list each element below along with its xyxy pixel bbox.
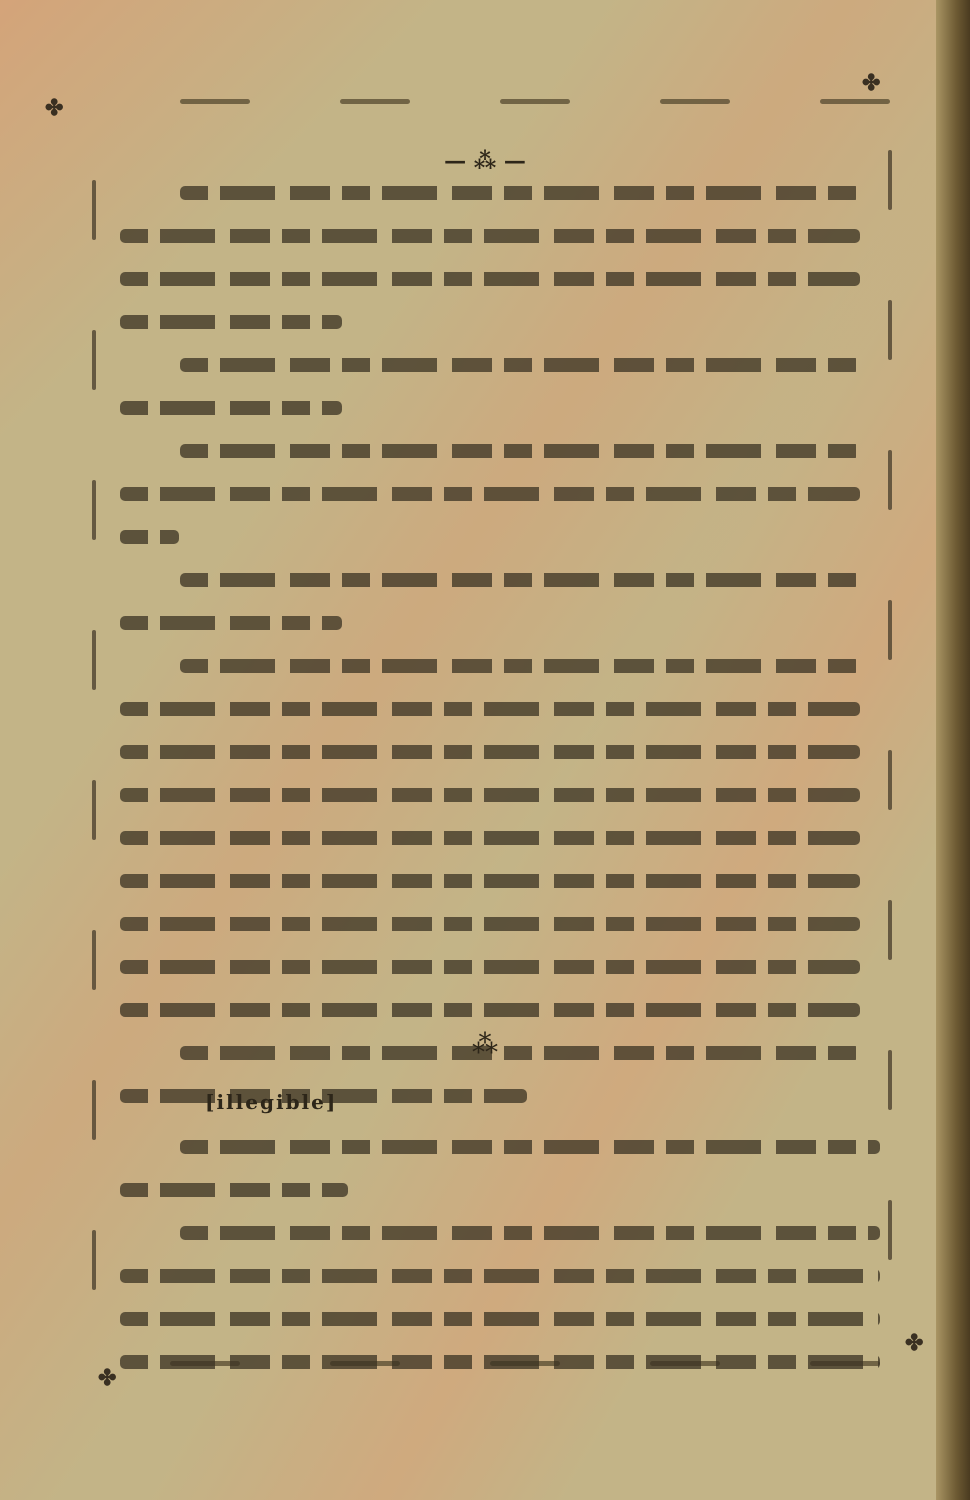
text-line [120, 1355, 880, 1369]
page-header: — ⁂ — [0, 148, 970, 174]
text-line [120, 1183, 348, 1197]
text-line [120, 229, 860, 243]
text-line [180, 1140, 880, 1154]
left-border-ornament [92, 180, 98, 1290]
text-line [120, 788, 860, 802]
body-text-section-1 [120, 186, 860, 1132]
text-line [120, 702, 860, 716]
text-line [180, 358, 860, 372]
corner-ornament-bottom-right: ✤ [905, 1330, 921, 1356]
text-line [180, 444, 860, 458]
text-line [120, 272, 860, 286]
text-line [120, 1003, 860, 1017]
corner-ornament-bottom-left: ✤ [98, 1365, 114, 1391]
scanned-page: ✤ ✤ ✤ ✤ — ⁂ — ⁂ [illegible] [0, 0, 970, 1500]
section-title: [illegible] [205, 1090, 337, 1114]
corner-ornament-top-right: ✤ [862, 70, 878, 96]
text-line [120, 616, 342, 630]
text-line [120, 960, 860, 974]
text-line [180, 186, 860, 200]
text-line [120, 487, 860, 501]
text-line [120, 1269, 880, 1283]
text-line [120, 831, 860, 845]
text-line [120, 745, 860, 759]
section-break-ornament: ⁂ [0, 1030, 970, 1060]
book-spine-edge [936, 0, 970, 1500]
top-border-ornament [180, 98, 890, 104]
text-line [180, 573, 860, 587]
corner-ornament-top-left: ✤ [45, 95, 61, 121]
text-line [180, 659, 860, 673]
text-line [120, 530, 179, 544]
right-border-ornament [888, 150, 894, 1260]
text-line [120, 315, 342, 329]
text-line [120, 1312, 880, 1326]
text-line [120, 917, 860, 931]
text-line [120, 401, 342, 415]
text-line [120, 874, 860, 888]
text-line [180, 1226, 880, 1240]
body-text-section-2 [120, 1140, 880, 1398]
